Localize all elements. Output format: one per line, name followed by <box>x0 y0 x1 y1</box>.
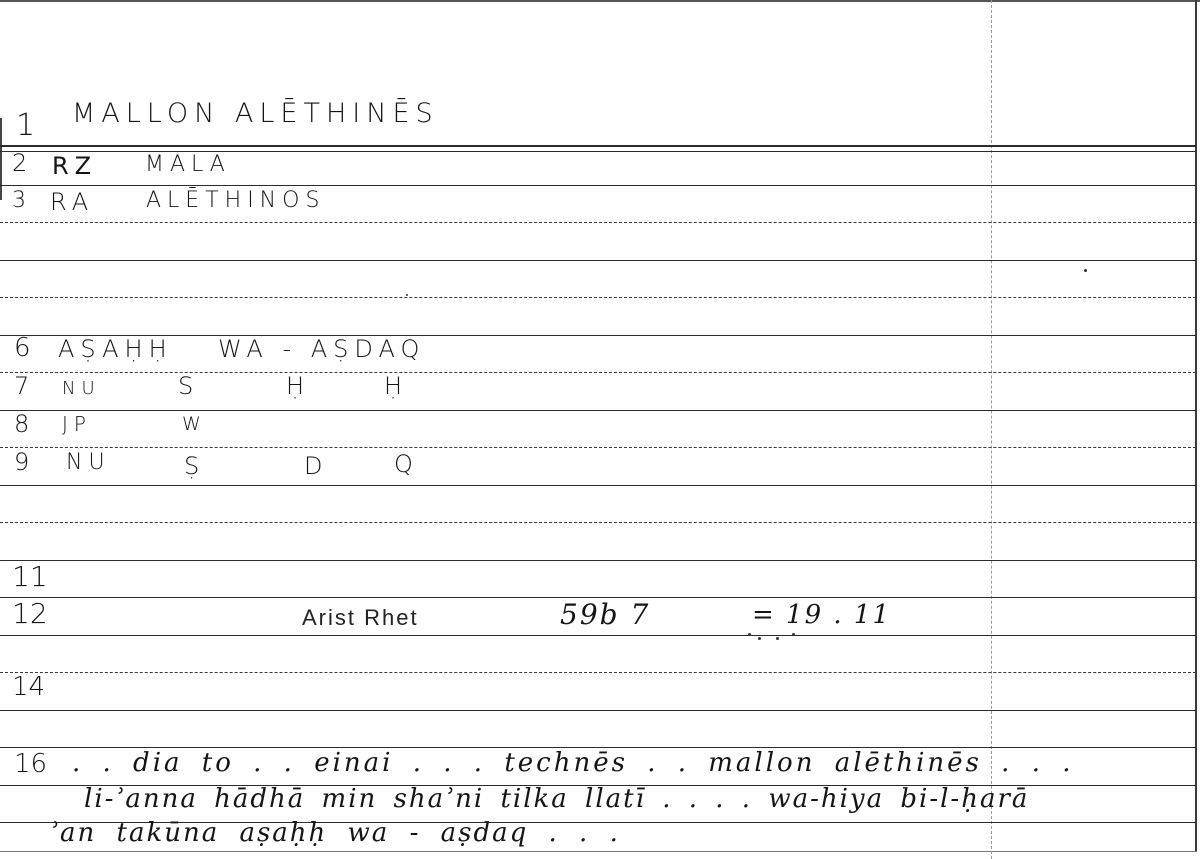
dotted-mark <box>792 633 795 636</box>
scan-speck <box>1084 269 1087 272</box>
ruled-line <box>0 297 1196 298</box>
line-number-12: 12 <box>12 597 48 630</box>
line-number-9: 9 <box>14 448 29 476</box>
line-number-2: 2 <box>12 149 27 177</box>
card-top-edge <box>0 0 1200 2</box>
source-siglum: RZ <box>52 152 97 180</box>
variant-letter: S <box>178 372 199 400</box>
source-siglum: RA <box>50 188 94 216</box>
dotted-mark <box>758 637 761 640</box>
variant-letter: Ḥ <box>286 372 310 400</box>
left-margin-mark <box>0 118 2 200</box>
line-number-16: 16 <box>14 749 47 779</box>
dotted-mark <box>748 633 751 636</box>
ruled-line <box>0 522 1196 523</box>
ruled-line <box>0 447 1196 448</box>
line-number-3: 3 <box>12 188 26 213</box>
variant-letter: D <box>304 452 328 480</box>
source-siglum: JP <box>62 412 92 436</box>
arabic-term-second: WA - AṢDAQ <box>218 335 425 363</box>
ruled-line <box>0 222 1196 223</box>
line-number-14: 14 <box>12 672 45 702</box>
greek-equivalent: ALĒTHINOS <box>146 188 325 213</box>
ruled-line <box>0 560 1196 561</box>
greek-quotation: . . dia to . . einai . . . technēs . . m… <box>72 748 1074 778</box>
variant-letter: W <box>182 413 207 435</box>
ruled-line <box>0 335 1196 336</box>
card-bottom-edge <box>0 851 1197 852</box>
ruled-line <box>0 485 1196 486</box>
entry-title: MALLON ALĒTHINĒS <box>72 98 439 129</box>
typed-reference: Arist Rhet <box>302 605 419 631</box>
source-siglum: NU <box>62 378 101 399</box>
ruled-line <box>0 410 1196 411</box>
ruled-line <box>0 635 1196 636</box>
variant-letter: Ṣ <box>184 452 205 480</box>
line-number-6: 6 <box>14 333 31 363</box>
ruled-line <box>0 260 1196 261</box>
variant-letter: Q <box>394 450 419 478</box>
index-card: 1 MALLON ALĒTHINĒS 2 RZ MALA 3 RA ALĒTHI… <box>0 0 1200 859</box>
reference-equivalent: = 19 . 11 <box>752 600 891 630</box>
scan-speck <box>406 294 408 296</box>
ruled-line <box>0 710 1196 711</box>
ruled-line <box>0 145 1196 147</box>
arabic-quotation-line-1: li-ʾanna hādhā min shaʾni tilka llatī . … <box>84 784 1029 814</box>
reference-location: 59b 7 <box>560 598 650 631</box>
vertical-dashed-guide <box>991 0 992 859</box>
variant-letter: Ḥ <box>384 372 408 400</box>
ruled-line <box>0 672 1196 673</box>
arabic-quotation-line-2: ʾan takūna aṣaḥḥ wa - aṣdaq . . . <box>50 818 620 848</box>
line-number-7: 7 <box>14 372 29 400</box>
ruled-line <box>0 185 1196 186</box>
dotted-mark <box>776 637 779 640</box>
line-number-8: 8 <box>14 410 29 438</box>
arabic-term: AṢAḤḤ <box>58 335 173 363</box>
source-siglum: NU <box>66 450 111 475</box>
line-number-11: 11 <box>12 560 48 593</box>
line-number-1: 1 <box>16 108 35 143</box>
card-right-border <box>1195 0 1197 852</box>
arabic-equivalent: MALA <box>145 152 231 177</box>
